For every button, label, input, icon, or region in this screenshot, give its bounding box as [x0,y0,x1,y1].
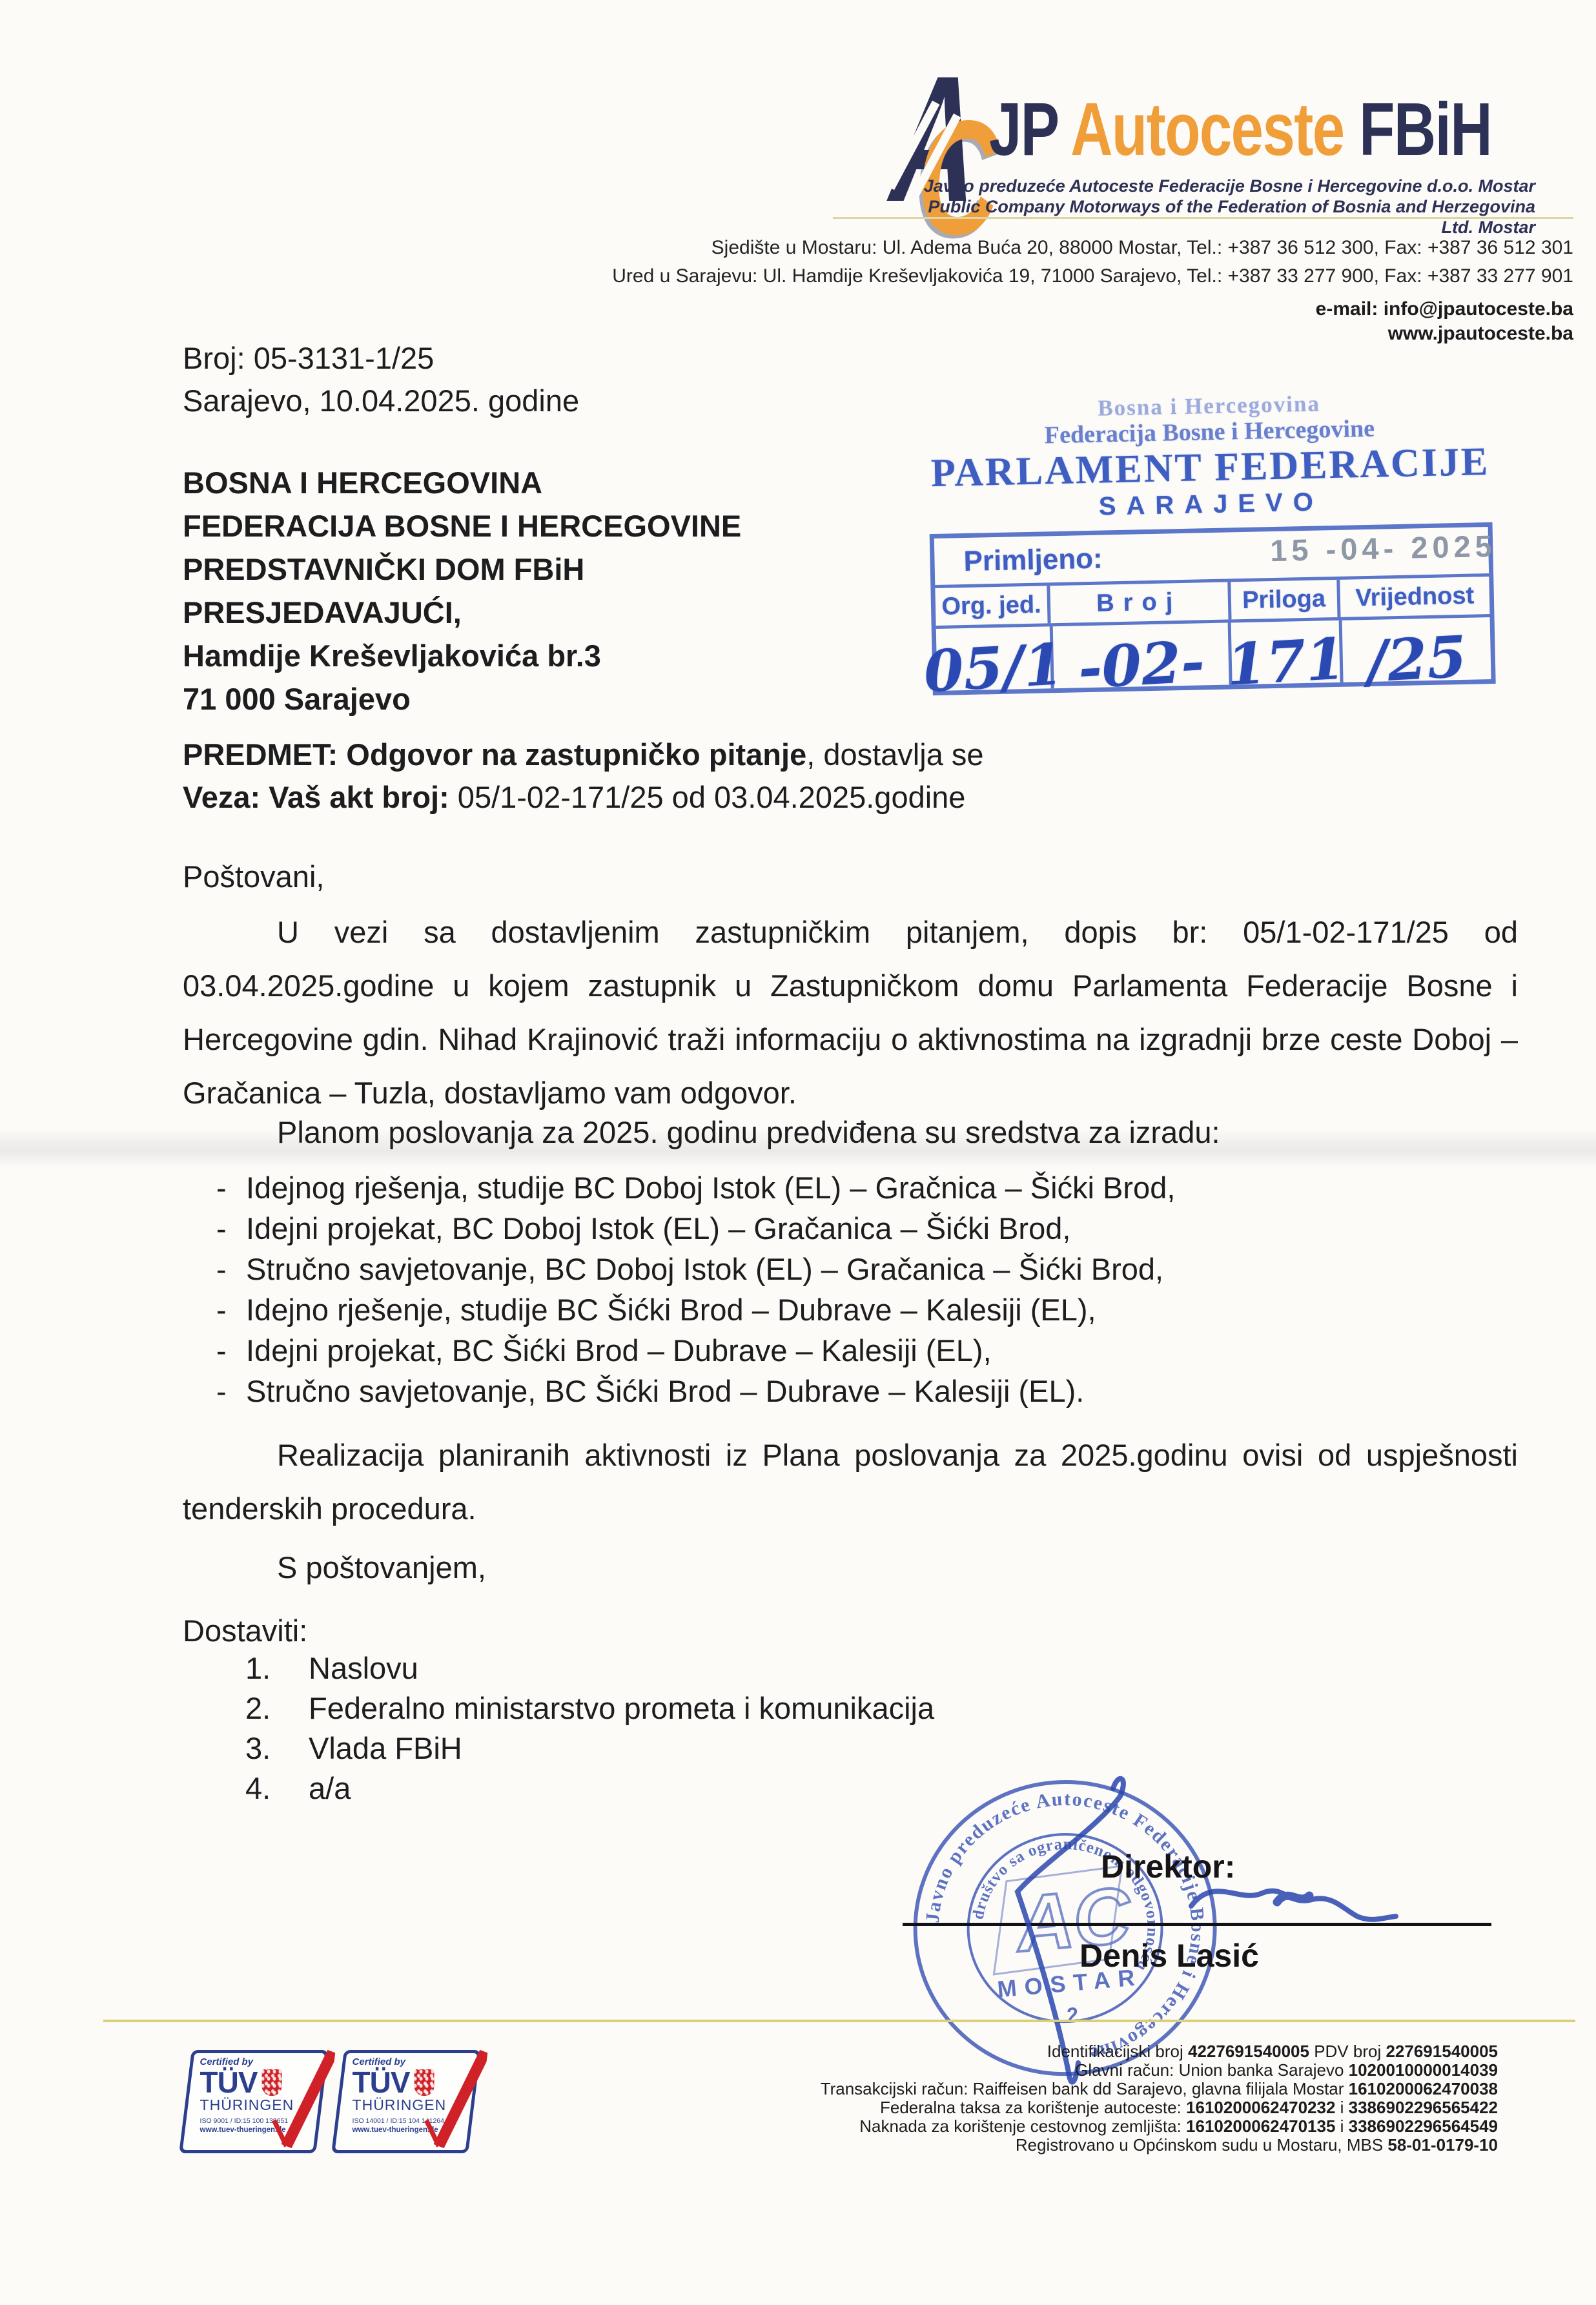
text-segment: 1610200062470038 [1349,2079,1498,2098]
bullet-marker: - [183,1373,246,1409]
handwritten-value: -02- [1077,633,1206,697]
list-item: -Stručno savjetovanje, BC Šićki Brod – D… [183,1373,1175,1414]
item-text: Vlada FBiH [309,1730,462,1770]
company-wordmark: JP Autoceste FBiH [989,92,1491,167]
text-segment: Identifikacijski broj [1047,2042,1188,2061]
recipient-line: 71 000 Sarajevo [183,677,741,721]
red-checkmark-icon [416,2048,489,2156]
item-number: 4. [183,1770,309,1810]
footer-line-federal-tax: Federalna taksa za korištenje autoceste:… [821,2098,1498,2117]
text-segment: , dostavlja se [806,737,983,772]
text-segment: Registrovano u Općinskom sudu u Mostaru,… [1016,2135,1388,2155]
reference-block: Broj: 05-3131-1/25 Sarajevo, 10.04.2025.… [183,337,579,422]
text-segment: 05/1-02-171/25 od 03.04.2025.godine [449,780,966,814]
text-segment: PREDMET: Odgovor na zastupničko pitanje [183,737,806,772]
paragraph-plan: Planom poslovanja za 2025. godinu predvi… [183,1105,1518,1159]
stamp-value-priloga: 171 [1228,620,1340,685]
address-mostar: Sjedište u Mostaru: Ul. Adema Buća 20, 8… [612,234,1573,262]
footer-line-transaction-account: Transakcijski račun: Raiffeisen bank dd … [821,2080,1498,2098]
reference-line: Veza: Vaš akt broj: 05/1-02-171/25 od 03… [183,776,984,819]
text-segment: PDV broj [1309,2042,1386,2061]
item-number: 3. [183,1730,309,1770]
wordmark-fbih: FBiH [1359,87,1491,171]
list-item: -Idejni projekat, BC Doboj Istok (EL) – … [183,1211,1175,1251]
handwritten-value: 05/1 [923,635,1065,700]
list-item-text: Stručno savjetovanje, BC Doboj Istok (EL… [246,1251,1163,1287]
wordmark-autoceste: Autoceste [1070,87,1344,171]
tuv-iso14001-badge: Certified by TÜV THÜRINGEN ISO 14001 / I… [331,2050,481,2153]
stamp-col-vrijednost: Vrijednost [1336,577,1489,617]
item-number: 1. [183,1650,309,1690]
stamp-received-date: 15 -04- 2025 [1270,528,1497,568]
paragraph-intro: U vezi sa dostavljenim zastupničkim pita… [183,905,1518,1120]
certification-badges: Certified by TÜV THÜRINGEN ISO 9001 / ID… [185,2050,475,2153]
list-item: -Idejno rješenje, studije BC Šićki Brod … [183,1292,1175,1333]
tagline-bosnian: Javno preduzeće Autoceste Federacije Bos… [922,176,1535,196]
header-divider [833,217,1573,219]
text-segment: 1020010000014039 [1349,2060,1498,2080]
list-item-text: Stručno savjetovanje, BC Šićki Brod – Du… [246,1373,1084,1409]
bullet-list: -Idejnog rješenja, studije BC Doboj Isto… [183,1170,1175,1414]
red-checkmark-icon [263,2048,336,2156]
item-text: Federalno ministarstvo prometa i komunik… [309,1690,934,1730]
recipient-line: PREDSTAVNIČKI DOM FBiH [183,548,741,591]
stamp-primljeno-label: Primljeno: [963,543,1103,578]
recipient-block: BOSNA I HERCEGOVINA FEDERACIJA BOSNE I H… [183,461,741,721]
handwritten-value: 171 [1225,630,1347,693]
text-segment: 4227691540005 [1188,2042,1309,2061]
bullet-marker: - [183,1292,246,1327]
tuv-iso9001-badge: Certified by TÜV THÜRINGEN ISO 9001 / ID… [179,2050,329,2153]
footer-line-road-fee: Naknada za korištenje cestovnog zemljišt… [821,2117,1498,2136]
footer-line-id: Identifikacijski broj 4227691540005 PDV … [821,2042,1498,2061]
text-segment: 3386902296564549 [1349,2116,1498,2136]
item-text: Naslovu [309,1650,418,1690]
tuv-logo-text: TÜV [200,2068,258,2096]
recipient-line: Hamdije Kreševljakovića br.3 [183,634,741,677]
list-item-text: Idejni projekat, BC Doboj Istok (EL) – G… [246,1211,1070,1246]
text-segment: 227691540005 [1386,2042,1498,2061]
footer-line-main-account: Glavni račun: Union banka Sarajevo 10200… [821,2061,1498,2080]
salutation: Poštovani, [183,859,324,894]
reference-number: Broj: 05-3131-1/25 [183,337,579,380]
text-segment: 3386902296565422 [1349,2098,1498,2117]
text-segment: Naknada za korištenje cestovnog zemljišt… [859,2116,1186,2136]
item-number: 2. [183,1690,309,1730]
item-text: a/a [309,1770,351,1810]
list-item: -Stručno savjetovanje, BC Doboj Istok (E… [183,1251,1175,1292]
list-item: -Idejnog rješenja, studije BC Doboj Isto… [183,1170,1175,1211]
stamp-col-priloga: Priloga [1227,580,1337,620]
text-segment: 58-01-0179-10 [1387,2135,1498,2155]
list-item-text: Idejnog rješenja, studije BC Doboj Istok… [246,1170,1175,1205]
bullet-marker: - [183,1170,246,1205]
bullet-marker: - [183,1251,246,1287]
address-sarajevo: Ured u Sarajevu: Ul. Hamdije Kreševljako… [612,262,1573,291]
wordmark-jp: JP [989,87,1058,171]
distribution-item: 2.Federalno ministarstvo prometa i komun… [183,1690,934,1730]
stamp-value-org: 05/1 [936,626,1051,691]
received-stamp: Bosna i Hercegovina Federacija Bosne i H… [902,387,1521,696]
stamp-table: Primljeno: 15 -04- 2025 Org. jed. Broj P… [930,522,1496,695]
recipient-line: PRESJEDAVAJUĆI, [183,591,741,634]
text-segment: Federalna taksa za korištenje autoceste: [880,2098,1186,2117]
subject-block: PREDMET: Odgovor na zastupničko pitanje,… [183,733,984,819]
company-website: www.jpautoceste.ba [1316,322,1573,346]
recipient-line: FEDERACIJA BOSNE I HERCEGOVINE [183,504,741,548]
bullet-marker: - [183,1211,246,1246]
company-taglines: Javno preduzeće Autoceste Federacije Bos… [922,176,1535,238]
text-segment: Veza: Vaš akt broj: [183,780,449,814]
distribution-list: 1.Naslovu 2.Federalno ministarstvo prome… [183,1650,934,1810]
footer-line-registration: Registrovano u Općinskom sudu u Mostaru,… [821,2136,1498,2155]
stamp-value-broj: -02- [1050,623,1229,689]
paragraph-realization: Realizacija planiranih aktivnosti iz Pla… [183,1428,1518,1535]
text-segment: Glavni račun: Union banka Sarajevo [1075,2060,1348,2080]
distribution-item: 3.Vlada FBiH [183,1730,934,1770]
company-contact: e-mail: info@jpautoceste.ba www.jpautoce… [1316,297,1573,346]
stamp-col-broj: Broj [1047,582,1229,624]
text-segment: 1610200062470232 [1186,2098,1335,2117]
handwritten-value: /25 [1366,628,1468,690]
list-item-text: Idejno rješenje, studije BC Šićki Brod –… [246,1292,1096,1327]
text-segment: Transakcijski račun: Raiffeisen bank dd … [821,2079,1349,2098]
company-email: e-mail: info@jpautoceste.ba [1316,297,1573,322]
tuv-logo-text: TÜV [353,2068,410,2096]
text-segment: i [1335,2098,1348,2117]
text-segment: 1610200062470135 [1186,2116,1335,2136]
footer-legal-block: Identifikacijski broj 4227691540005 PDV … [821,2042,1498,2155]
place-and-date: Sarajevo, 10.04.2025. godine [183,380,579,422]
list-item: -Idejni projekat, BC Šićki Brod – Dubrav… [183,1333,1175,1373]
stamp-value-vrijednost: /25 [1339,617,1491,682]
distribution-item: 1.Naslovu [183,1650,934,1690]
closing-salutation: S poštovanjem, [277,1550,486,1585]
footer-divider [103,2020,1575,2022]
distribution-item: 4.a/a [183,1770,934,1810]
subject-line: PREDMET: Odgovor na zastupničko pitanje,… [183,733,984,776]
scanned-letter-page: A C JP Autoceste FBiH Javno preduzeće Au… [0,0,1596,2305]
text-segment: i [1335,2116,1348,2136]
bullet-marker: - [183,1333,246,1368]
stamp-values-row: 05/1 -02- 171 /25 [936,617,1491,691]
list-item-text: Idejni projekat, BC Šićki Brod – Dubrave… [246,1333,992,1368]
distribution-label: Dostaviti: [183,1613,307,1648]
stamp-col-org: Org. jed. [935,586,1047,626]
company-addresses: Sjedište u Mostaru: Ul. Adema Buća 20, 8… [612,234,1573,291]
recipient-line: BOSNA I HERCEGOVINA [183,461,741,504]
